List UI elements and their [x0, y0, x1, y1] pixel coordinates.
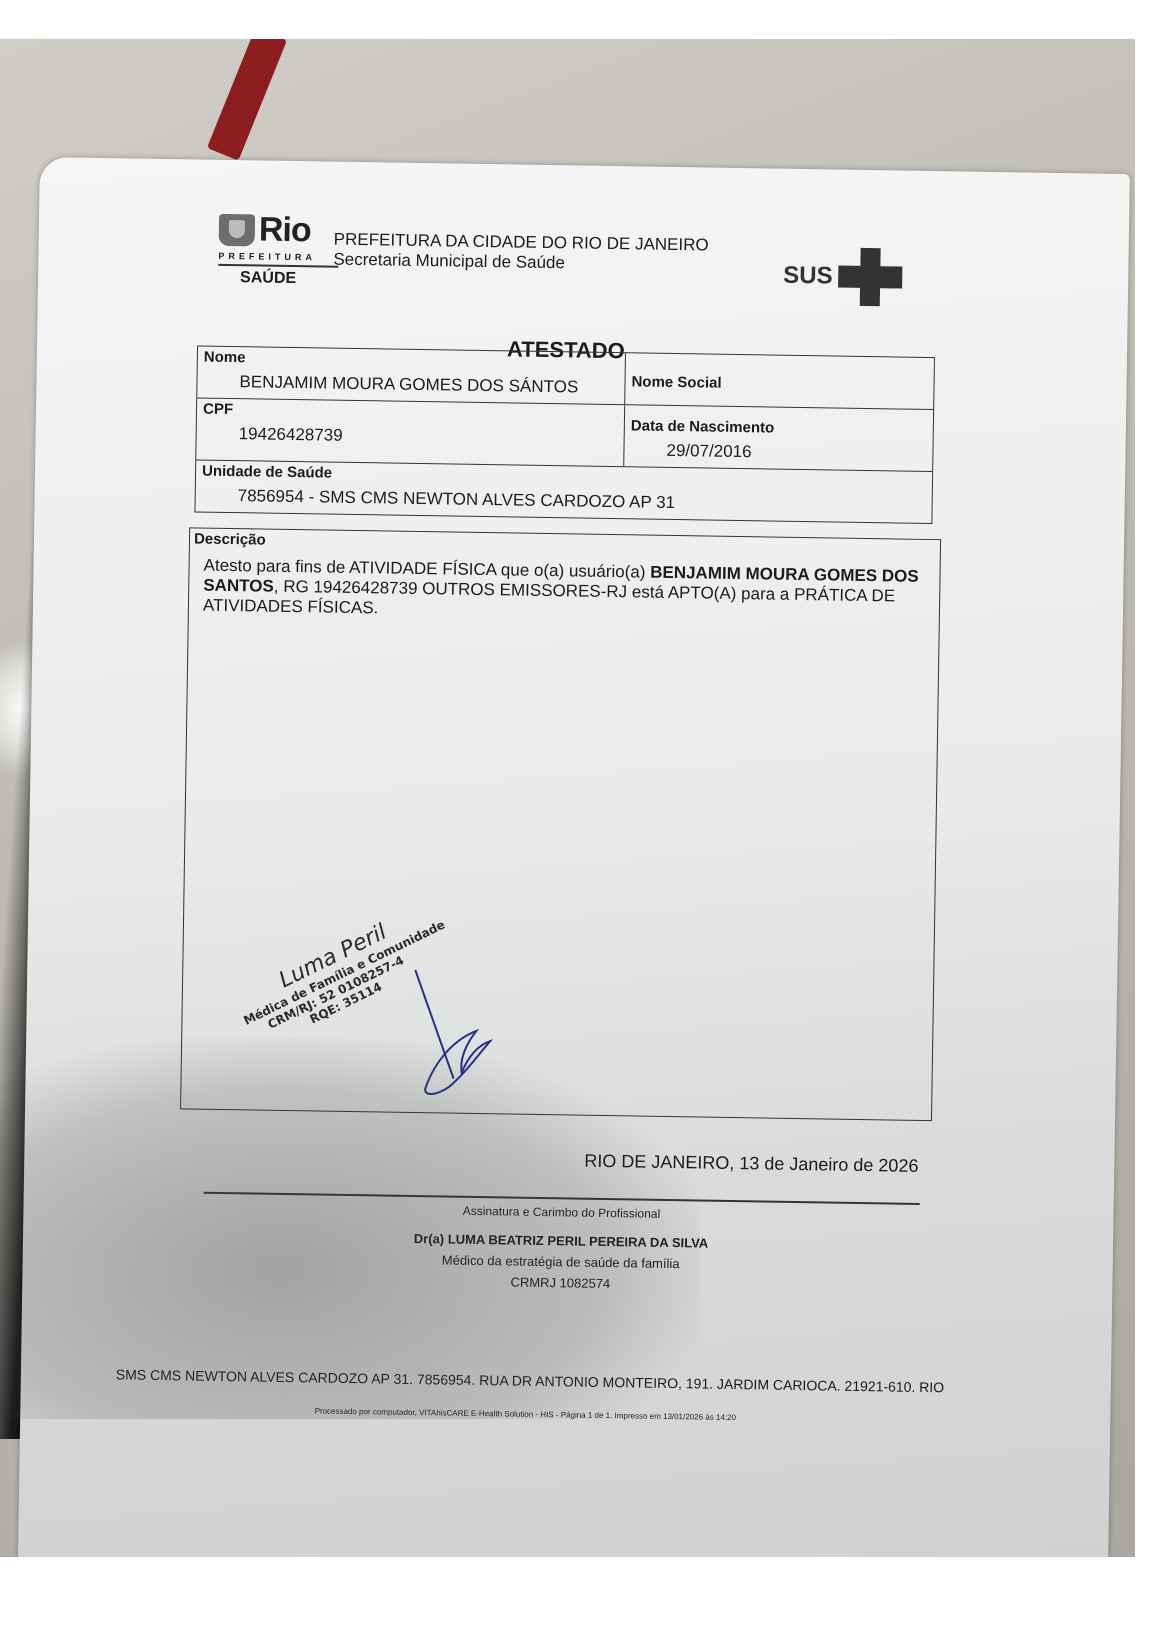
- coat-of-arms-icon: [219, 213, 255, 246]
- handwritten-signature: [405, 968, 497, 1109]
- red-strap: [207, 39, 287, 161]
- nome-cell: Nome BENJAMIM MOURA GOMES DOS SÁNTOS: [197, 347, 626, 405]
- logo-divider: [218, 264, 338, 268]
- photo-background: Rio PREFEITURA SAÚDE PREFEITURA DA CIDAD…: [0, 39, 1135, 1557]
- cpf-cell: CPF 19426428739: [196, 398, 625, 466]
- cpf-value: 19426428739: [202, 418, 617, 455]
- logo-rio-text: Rio: [259, 210, 311, 250]
- nascimento-value: 29/07/2016: [630, 434, 926, 469]
- nascimento-cell: Data de Nascimento 29/07/2016: [624, 405, 933, 471]
- description-text: Atesto para fins de ATIVIDADE FÍSICA que…: [189, 549, 940, 633]
- city-date: RIO DE JANEIRO, 13 de Janeiro de 2026: [584, 1151, 918, 1177]
- unidade-cell: Unidade de Saúde 7856954 - SMS CMS NEWTO…: [195, 460, 932, 523]
- sus-cross-icon: [838, 248, 903, 307]
- rio-saude-logo: Rio PREFEITURA SAÚDE: [218, 210, 349, 289]
- sus-text: SUS: [783, 262, 833, 291]
- certificate-paper: Rio PREFEITURA SAÚDE PREFEITURA DA CIDAD…: [17, 157, 1129, 1557]
- doctor-info: Dr(a) LUMA BEATRIZ PERIL PEREIRA DA SILV…: [202, 1225, 919, 1299]
- logo-saude-text: SAÚDE: [240, 269, 348, 289]
- sus-logo: SUS: [783, 247, 903, 307]
- footer-processed: Processado por computador, VITAhisCARE E…: [115, 1403, 935, 1425]
- logo-prefeitura-text: PREFEITURA: [218, 251, 348, 263]
- nome-social-cell: Nome Social: [625, 353, 934, 409]
- footer-address: SMS CMS NEWTON ALVES CARDOZO AP 31. 7856…: [116, 1366, 1016, 1396]
- org-header: PREFEITURA DA CIDADE DO RIO DE JANEIRO S…: [333, 230, 709, 276]
- patient-info-table: Nome BENJAMIM MOURA GOMES DOS SÁNTOS Nom…: [194, 345, 935, 524]
- nome-value: BENJAMIM MOURA GOMES DOS SÁNTOS: [203, 366, 618, 403]
- signature-caption: Assinatura e Carimbo do Profissional: [203, 1200, 919, 1225]
